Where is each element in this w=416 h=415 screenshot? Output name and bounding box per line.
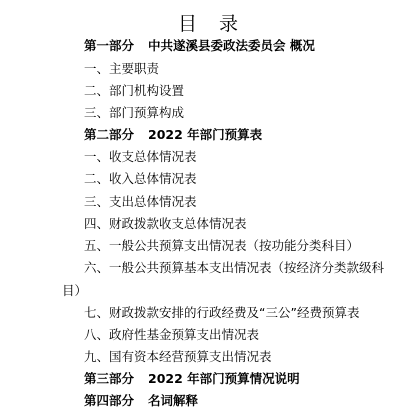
toc-item: 二、部门机构设置 [84, 83, 184, 99]
toc-part-2: 第二部分2022 年部门预算表 [84, 127, 262, 143]
toc-item: 一、收支总体情况表 [84, 149, 197, 165]
part-label: 第二部分 [84, 127, 134, 142]
toc-item: 六、一般公共预算基本支出情况表（按经济分类款级科 [84, 260, 384, 276]
part-title: 2022 年部门预算表 [148, 127, 262, 142]
toc-item: 九、国有资本经营预算支出情况表 [84, 349, 272, 365]
part-title: 名词解释 [148, 393, 198, 408]
part-label: 第四部分 [84, 393, 134, 408]
toc-part-1: 第一部分中共遂溪县委政法委员会 概况 [84, 38, 315, 54]
toc-item: 四、财政拨款收支总体情况表 [84, 216, 247, 232]
toc-item: 三、部门预算构成 [84, 105, 184, 121]
toc-part-3: 第三部分2022 年部门预算情况说明 [84, 371, 300, 387]
toc-item: 一、主要职责 [84, 61, 159, 77]
toc-item-continuation: 目） [62, 283, 87, 299]
part-label: 第三部分 [84, 371, 134, 386]
part-title: 中共遂溪县委政法委员会 概况 [148, 38, 315, 53]
toc-item: 三、支出总体情况表 [84, 194, 197, 210]
part-label: 第一部分 [84, 38, 134, 53]
toc-item: 八、政府性基金预算支出情况表 [84, 327, 259, 343]
toc-part-4: 第四部分名词解释 [84, 393, 198, 409]
toc-item: 二、收入总体情况表 [84, 171, 197, 187]
toc-item: 七、财政拨款安排的行政经费及“三公”经费预算表 [84, 305, 359, 321]
toc-item: 五、一般公共预算支出情况表（按功能分类科目） [84, 238, 359, 254]
page-title: 目 录 [0, 12, 416, 36]
part-title: 2022 年部门预算情况说明 [148, 371, 300, 386]
